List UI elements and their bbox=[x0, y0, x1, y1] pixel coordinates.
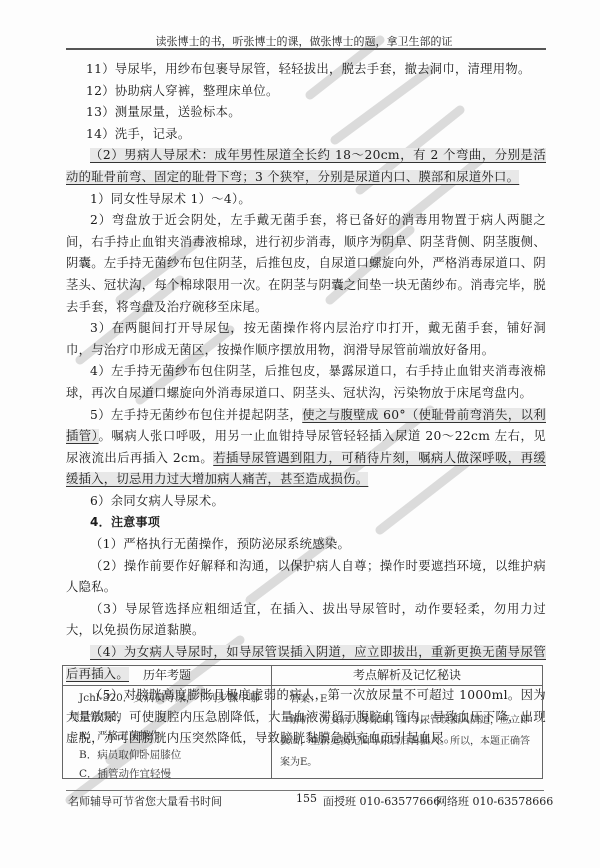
step-11: 11）导尿毕，用纱布包裹导尿管，轻轻拔出，脱去手套，撤去洞巾，清理用物。 bbox=[66, 59, 546, 81]
section-heading-notes: 4．注意事项 bbox=[66, 512, 546, 534]
male-step-5: 5）左手持无菌纱布包住并提起阴茎，使之与腹壁成 60°（使耻骨前弯消失，以利插管… bbox=[66, 405, 546, 491]
option-c: C．插管动作宜轻慢 bbox=[69, 765, 265, 784]
analysis-text: 解析：为女病人导尿时，如导尿管误插入阴道，应立即拔出，重新更换无菌导尿管后再插入… bbox=[280, 710, 536, 773]
highlighted-text: （2）男病人导尿术：成年男性尿道全长约 18～20cm，有 2 个弯曲，分别是活… bbox=[66, 148, 546, 184]
document-body: 11）导尿毕，用纱布包裹导尿管，轻轻拔出，脱去手套，撤去洞巾，清理用物。 12）… bbox=[66, 59, 546, 750]
analysis-column: 考点解析及记忆秘诀 答案：E 解析：为女病人导尿时，如导尿管误插入阴道，应立即拔… bbox=[272, 666, 542, 778]
analysis-cell: 答案：E 解析：为女病人导尿时，如导尿管误插入阴道，应立即拔出，重新更换无菌导尿… bbox=[272, 686, 542, 773]
male-step-6: 6）余同女病人导尿术。 bbox=[66, 491, 546, 513]
note-2: （2）操作前要作好解释和沟通，以保护病人自尊；操作时要遮挡环境，以维护病人隐私。 bbox=[66, 556, 546, 599]
option-a: A．严格无菌操作 bbox=[69, 727, 265, 746]
analysis-header: 考点解析及记忆秘诀 bbox=[272, 666, 542, 686]
option-b: B．病员取仰卧屈膝位 bbox=[69, 746, 265, 765]
male-step-2: 2）弯盘放于近会阴处，左手戴无菌手套，将已备好的消毒用物置于病人两腿之间，右手持… bbox=[66, 210, 546, 318]
answer-text: 答案：E bbox=[280, 689, 536, 710]
past-exam-header: 历年考题 bbox=[63, 666, 271, 686]
male-step-3: 3）在两腿间打开导尿包，按无菌操作将内层治疗巾打开，戴无菌手套，铺好洞巾，与治疗… bbox=[66, 318, 546, 361]
male-step-4: 4）左手持无菌纱布包住阴茎，后推包皮，暴露尿道口，右手持止血钳夹消毒液棉球，再次… bbox=[66, 361, 546, 404]
header-divider bbox=[66, 48, 546, 50]
male-catheterization-intro: （2）男病人导尿术：成年男性尿道全长约 18～20cm，有 2 个弯曲，分别是活… bbox=[66, 145, 546, 188]
page-number: 155 bbox=[296, 792, 317, 806]
male-step-5-a: 5）左手持无菌纱布包住并提起阴茎， bbox=[90, 408, 302, 422]
past-exam-column: 历年考题 Jchl-320．女病员导尿，下列步骤中哪项是错误的 A．严格无菌操作… bbox=[63, 666, 272, 778]
footer-slogan: 名师辅导可节省您大量看书时间 bbox=[68, 795, 222, 809]
step-14: 14）洗手，记录。 bbox=[66, 124, 546, 146]
page-header: 读张博士的书，听张博士的课，做张博士的题，拿卫生部的证 bbox=[66, 34, 542, 49]
question-text: Jchl-320．女病员导尿，下列步骤中哪项是错误的 bbox=[69, 689, 265, 727]
note-1: （1）严格执行无菌操作，预防泌尿系统感染。 bbox=[66, 534, 546, 556]
online-class-phone: 网络班 010-63578666 bbox=[436, 795, 553, 809]
question-cell: Jchl-320．女病员导尿，下列步骤中哪项是错误的 A．严格无菌操作 B．病员… bbox=[63, 686, 271, 784]
note-3: （3）导尿管选择应粗细适宜，在插入、拔出导尿管时，动作要轻柔，勿用力过大，以免损… bbox=[66, 599, 546, 642]
step-12: 12）协助病人穿裤，整理床单位。 bbox=[66, 81, 546, 103]
exam-question-table: 历年考题 Jchl-320．女病员导尿，下列步骤中哪项是错误的 A．严格无菌操作… bbox=[62, 665, 543, 779]
step-13: 13）测量尿量，送验标本。 bbox=[66, 102, 546, 124]
male-step-1: 1）同女性导尿术 1）～4）。 bbox=[66, 189, 546, 211]
footer-divider bbox=[66, 790, 544, 791]
face-class-phone: 面授班 010-63577666 bbox=[323, 795, 440, 809]
